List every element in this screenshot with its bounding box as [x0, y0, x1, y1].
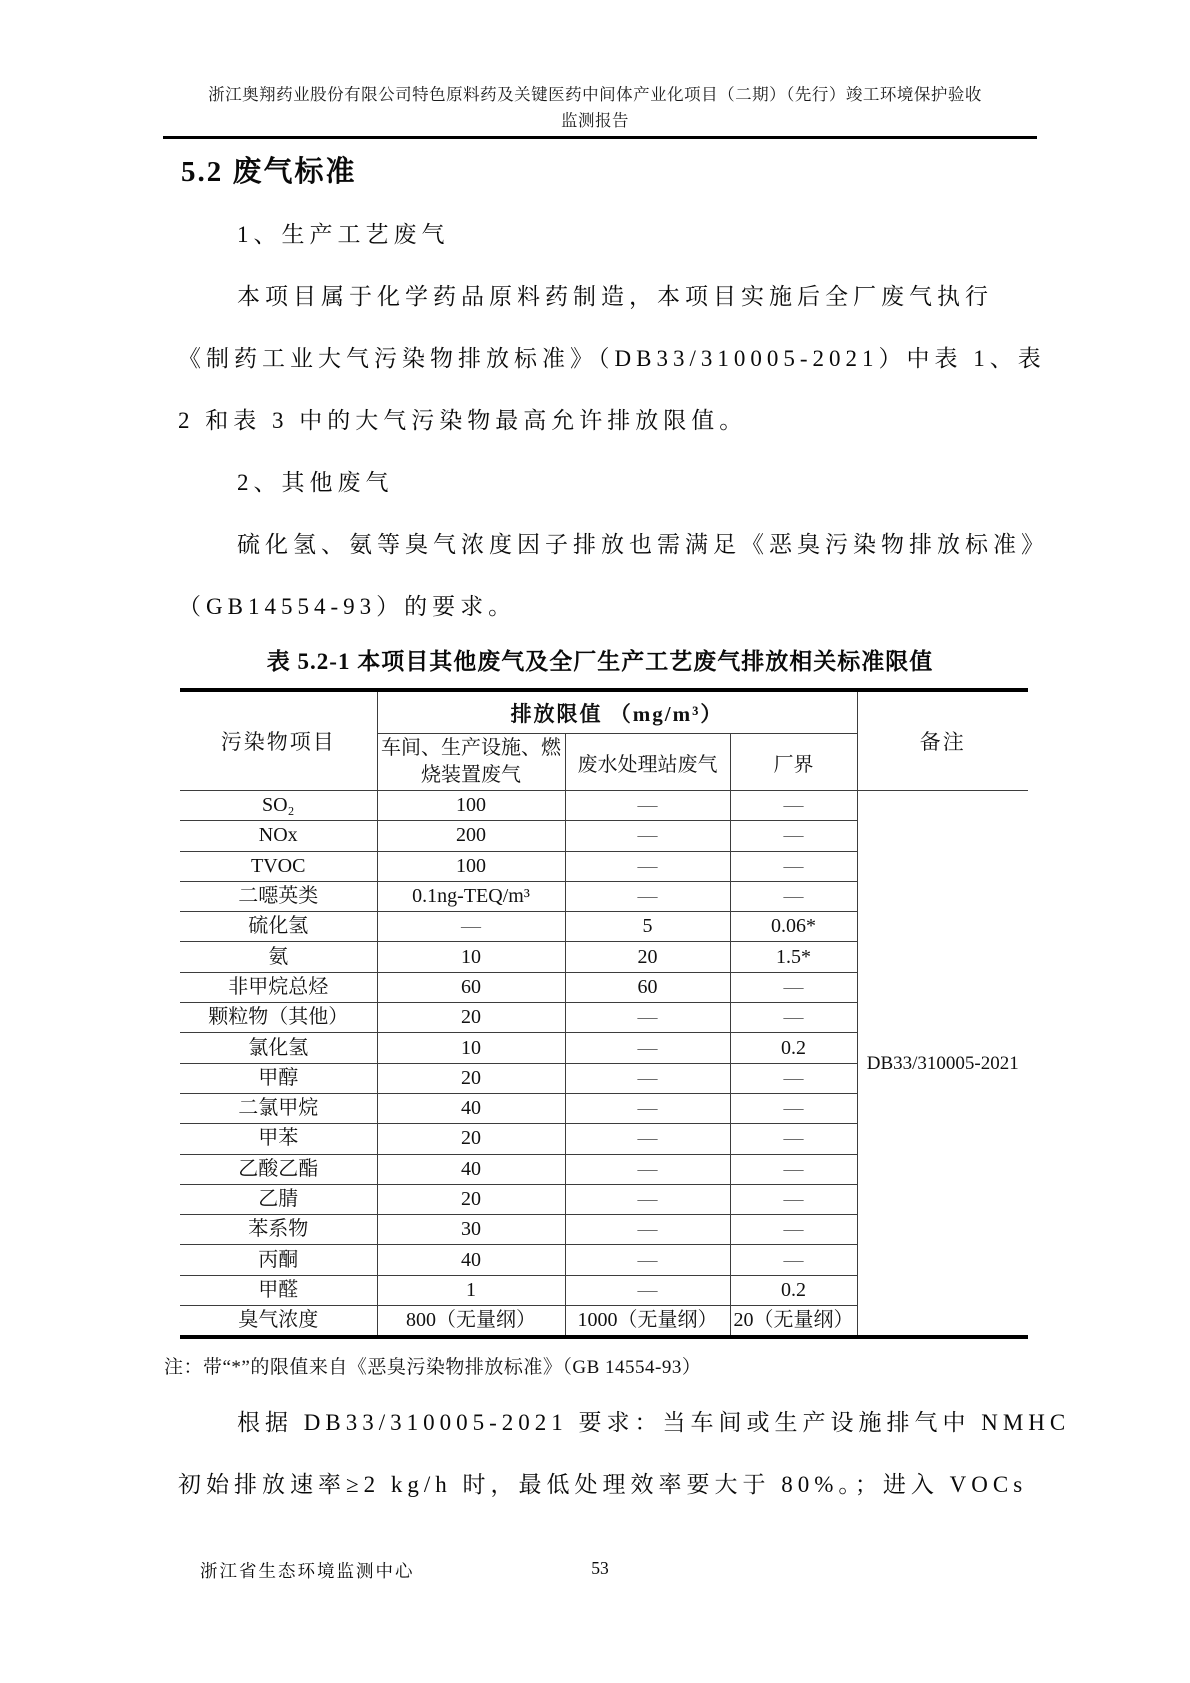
page-header-line1: 浙江奥翔药业股份有限公司特色原料药及关键医药中间体产业化项目（二期）（先行）竣工…: [155, 82, 1035, 108]
boundary-limit-cell: —: [730, 1093, 857, 1123]
paragraph-line: 1、生产工艺废气: [237, 216, 1117, 249]
paragraph-line: 硫化氢、氨等臭气浓度因子排放也需满足《恶臭污染物排放标准》: [237, 526, 1117, 559]
page-header-line2: 监测报告: [155, 108, 1035, 134]
wwtp-limit-cell: 5: [565, 912, 730, 942]
pollutant-cell: 氯化氢: [180, 1033, 377, 1063]
paragraph-line: 2 和表 3 中的大气污染物最高允许排放限值。: [178, 402, 1058, 435]
workshop-limit-cell: 20: [377, 1184, 565, 1214]
wwtp-limit-cell: —: [565, 1215, 730, 1245]
paragraph-line: 本项目属于化学药品原料药制造，本项目实施后全厂废气执行: [237, 278, 1117, 311]
boundary-limit-cell: —: [730, 1154, 857, 1184]
pollutant-cell: 甲醇: [180, 1063, 377, 1093]
wwtp-limit-cell: 1000（无量纲）: [565, 1306, 730, 1338]
boundary-limit-cell: —: [730, 1215, 857, 1245]
workshop-limit-cell: 800（无量纲）: [377, 1306, 565, 1338]
boundary-limit-cell: 0.06*: [730, 912, 857, 942]
column-header-remark: 备注: [857, 690, 1028, 791]
pollutant-cell: 硫化氢: [180, 912, 377, 942]
pollutant-cell: 甲醛: [180, 1275, 377, 1305]
boundary-limit-cell: —: [730, 972, 857, 1002]
wwtp-limit-cell: 20: [565, 942, 730, 972]
document-page: 浙江奥翔药业股份有限公司特色原料药及关键医药中间体产业化项目（二期）（先行）竣工…: [0, 0, 1190, 1683]
boundary-limit-cell: —: [730, 1063, 857, 1093]
boundary-limit-cell: —: [730, 1003, 857, 1033]
column-header-limit: 排放限值 （mg/m³）: [377, 690, 857, 734]
boundary-limit-cell: —: [730, 1124, 857, 1154]
boundary-limit-cell: —: [730, 791, 857, 821]
pollutant-cell: 臭气浓度: [180, 1306, 377, 1338]
wwtp-limit-cell: —: [565, 821, 730, 851]
pollutant-cell: 乙腈: [180, 1184, 377, 1214]
pollutant-cell: 非甲烷总烃: [180, 972, 377, 1002]
workshop-limit-cell: 40: [377, 1154, 565, 1184]
workshop-limit-cell: 200: [377, 821, 565, 851]
workshop-limit-cell: 20: [377, 1063, 565, 1093]
workshop-limit-cell: 1: [377, 1275, 565, 1305]
workshop-limit-cell: 0.1ng-TEQ/m³: [377, 881, 565, 911]
wwtp-limit-cell: —: [565, 1184, 730, 1214]
pollutant-cell: 丙酮: [180, 1245, 377, 1275]
column-header-pollutant: 污染物项目: [180, 690, 377, 791]
table-note: 注：带“*”的限值来自《恶臭污染物排放标准》（GB 14554-93）: [164, 1352, 701, 1379]
pollutant-cell: 二噁英类: [180, 881, 377, 911]
workshop-limit-cell: 20: [377, 1003, 565, 1033]
pollutant-cell: 氨: [180, 942, 377, 972]
table-body: SO₂ 100 — — DB33/310005-2021 NOx 200 — —…: [180, 791, 1028, 1338]
workshop-limit-cell: 60: [377, 972, 565, 1002]
wwtp-limit-cell: —: [565, 791, 730, 821]
paragraph-line: 根据 DB33/310005-2021 要求：当车间或生产设施排气中 NMHC: [237, 1404, 1117, 1437]
pollutant-cell: 颗粒物（其他）: [180, 1003, 377, 1033]
paragraph-line: 初始排放速率≥2 kg/h 时，最低处理效率要大于 80%。；进入 VOCs: [178, 1466, 1058, 1499]
header-rule: [163, 136, 1037, 139]
boundary-limit-cell: 0.2: [730, 1275, 857, 1305]
pollutant-cell: NOx: [180, 821, 377, 851]
column-header-workshop: 车间、生产设施、燃烧装置废气: [377, 734, 565, 791]
wwtp-limit-cell: —: [565, 881, 730, 911]
wwtp-limit-cell: —: [565, 1275, 730, 1305]
boundary-limit-cell: 20（无量纲）: [730, 1306, 857, 1338]
footer-organization: 浙江省生态环境监测中心: [200, 1558, 415, 1583]
standards-table: 污染物项目 排放限值 （mg/m³） 备注 车间、生产设施、燃烧装置废气 废水处…: [180, 688, 1028, 1339]
table-caption: 表 5.2-1 本项目其他废气及全厂生产工艺废气排放相关标准限值: [160, 643, 1040, 676]
workshop-limit-cell: 10: [377, 942, 565, 972]
boundary-limit-cell: 1.5*: [730, 942, 857, 972]
workshop-limit-cell: 10: [377, 1033, 565, 1063]
boundary-limit-cell: 0.2: [730, 1033, 857, 1063]
boundary-limit-cell: —: [730, 821, 857, 851]
pollutant-cell: 甲苯: [180, 1124, 377, 1154]
wwtp-limit-cell: —: [565, 1003, 730, 1033]
wwtp-limit-cell: —: [565, 1154, 730, 1184]
paragraph-line: （GB14554-93）的要求。: [178, 588, 1058, 621]
workshop-limit-cell: 20: [377, 1124, 565, 1154]
wwtp-limit-cell: —: [565, 1093, 730, 1123]
section-title: 5.2 废气标准: [181, 149, 357, 190]
workshop-limit-cell: 100: [377, 851, 565, 881]
table-row: SO₂ 100 — — DB33/310005-2021: [180, 791, 1028, 821]
workshop-limit-cell: 40: [377, 1245, 565, 1275]
boundary-limit-cell: —: [730, 881, 857, 911]
boundary-limit-cell: —: [730, 1245, 857, 1275]
wwtp-limit-cell: 60: [565, 972, 730, 1002]
remark-cell: DB33/310005-2021: [857, 791, 1028, 1338]
workshop-limit-cell: 30: [377, 1215, 565, 1245]
column-header-wwtp: 废水处理站废气: [565, 734, 730, 791]
boundary-limit-cell: —: [730, 1184, 857, 1214]
wwtp-limit-cell: —: [565, 1063, 730, 1093]
wwtp-limit-cell: —: [565, 1124, 730, 1154]
pollutant-cell: 苯系物: [180, 1215, 377, 1245]
wwtp-limit-cell: —: [565, 851, 730, 881]
paragraph-line: 《制药工业大气污染物排放标准》（DB33/310005-2021）中表 1、表: [178, 340, 1058, 373]
pollutant-cell: TVOC: [180, 851, 377, 881]
wwtp-limit-cell: —: [565, 1245, 730, 1275]
wwtp-limit-cell: —: [565, 1033, 730, 1063]
pollutant-cell: 乙酸乙酯: [180, 1154, 377, 1184]
boundary-limit-cell: —: [730, 851, 857, 881]
pollutant-cell: 二氯甲烷: [180, 1093, 377, 1123]
workshop-limit-cell: 100: [377, 791, 565, 821]
pollutant-cell: SO₂: [180, 791, 377, 821]
workshop-limit-cell: 40: [377, 1093, 565, 1123]
column-header-boundary: 厂界: [730, 734, 857, 791]
workshop-limit-cell: —: [377, 912, 565, 942]
page-header: 浙江奥翔药业股份有限公司特色原料药及关键医药中间体产业化项目（二期）（先行）竣工…: [155, 82, 1035, 134]
paragraph-line: 2、其他废气: [237, 464, 1117, 497]
